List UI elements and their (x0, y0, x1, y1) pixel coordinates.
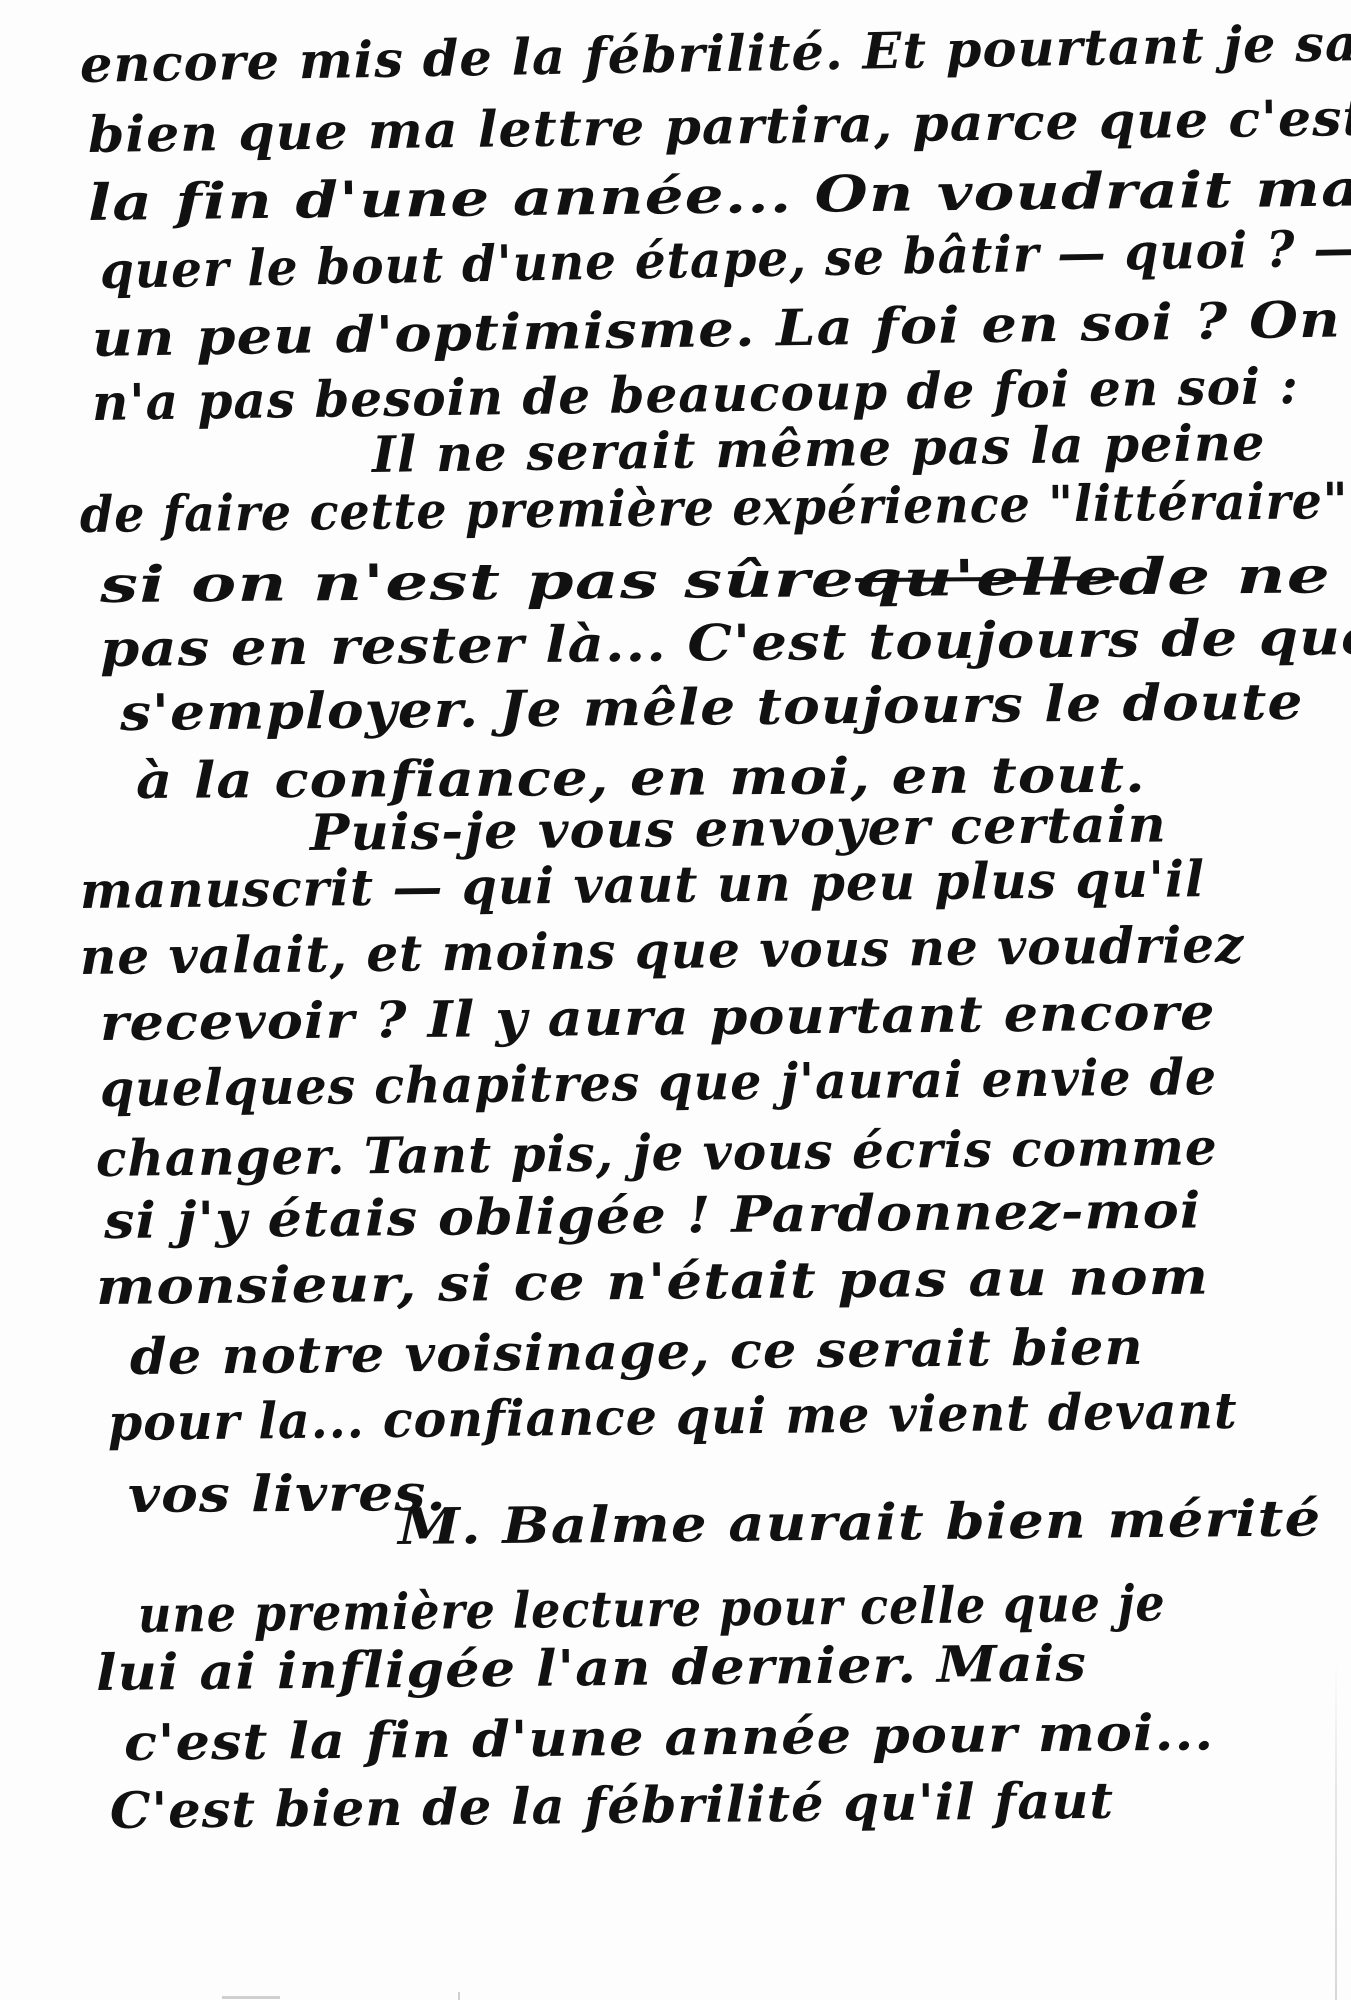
line-segment: si on n'est pas sûre (100, 554, 856, 610)
handwritten-line: un peu d'optimisme. La foi en soi ? On (92, 295, 1342, 364)
handwritten-line: c'est la fin d'une année pour moi... (124, 1707, 1215, 1768)
handwritten-line: ne valait, et moins que vous ne voudriez (80, 920, 1245, 982)
handwritten-line: s'employer. Je mêle toujours le doute (120, 677, 1304, 738)
struck-out-word: qu'elle (855, 552, 1119, 604)
handwritten-line: pour la... confiance qui me vient devant (108, 1386, 1238, 1448)
handwritten-line: quelques chapitres que j'aurai envie de (100, 1052, 1217, 1114)
handwritten-line: recevoir ? Il y aura pourtant encore (100, 987, 1216, 1048)
handwritten-line: manuscrit — qui vaut un peu plus qu'il (80, 854, 1205, 916)
handwritten-line: Il ne serait même pas la peine (372, 418, 1266, 480)
handwritten-line: de notre voisinage, ce serait bien (130, 1322, 1144, 1382)
handwritten-line: la fin d'une année... On voudrait mar- (88, 163, 1351, 228)
scan-artifact (458, 1992, 460, 2000)
handwritten-line: changer. Tant pis, je vous écris comme (96, 1122, 1218, 1184)
handwritten-line: si on n'est pas sûre qu'elle de ne (100, 550, 1332, 610)
line-segment: de ne (1118, 550, 1331, 602)
handwritten-line: une première lecture pour celle que je (138, 1578, 1166, 1640)
handwritten-line: bien que ma lettre partira, parce que c'… (88, 93, 1351, 160)
handwritten-line: si j'y étais obligée ! Pardonnez-moi (104, 1185, 1202, 1246)
handwritten-line: de faire cette première expérience "litt… (80, 476, 1349, 540)
handwritten-line: quer le bout d'une étape, se bâtir — quo… (100, 223, 1351, 296)
scan-edge-shadow (1335, 1650, 1337, 2000)
scan-artifact (222, 1996, 280, 1999)
handwritten-line: pas en rester là... C'est toujours de qu… (100, 612, 1351, 674)
handwritten-line: encore mis de la fébrilité. Et pourtant … (80, 17, 1351, 90)
handwritten-line: Puis-je vous envoyer certain (310, 799, 1167, 858)
handwritten-line: monsieur, si ce n'était pas au nom (96, 1252, 1210, 1312)
letter-page: encore mis de la fébrilité. Et pourtant … (0, 0, 1351, 2000)
handwritten-line: M. Balme aurait bien mérité (398, 1493, 1322, 1552)
handwritten-line: C'est bien de la fébrilité qu'il faut (110, 1776, 1115, 1836)
handwritten-line: lui ai infligée l'an dernier. Mais (96, 1638, 1087, 1698)
